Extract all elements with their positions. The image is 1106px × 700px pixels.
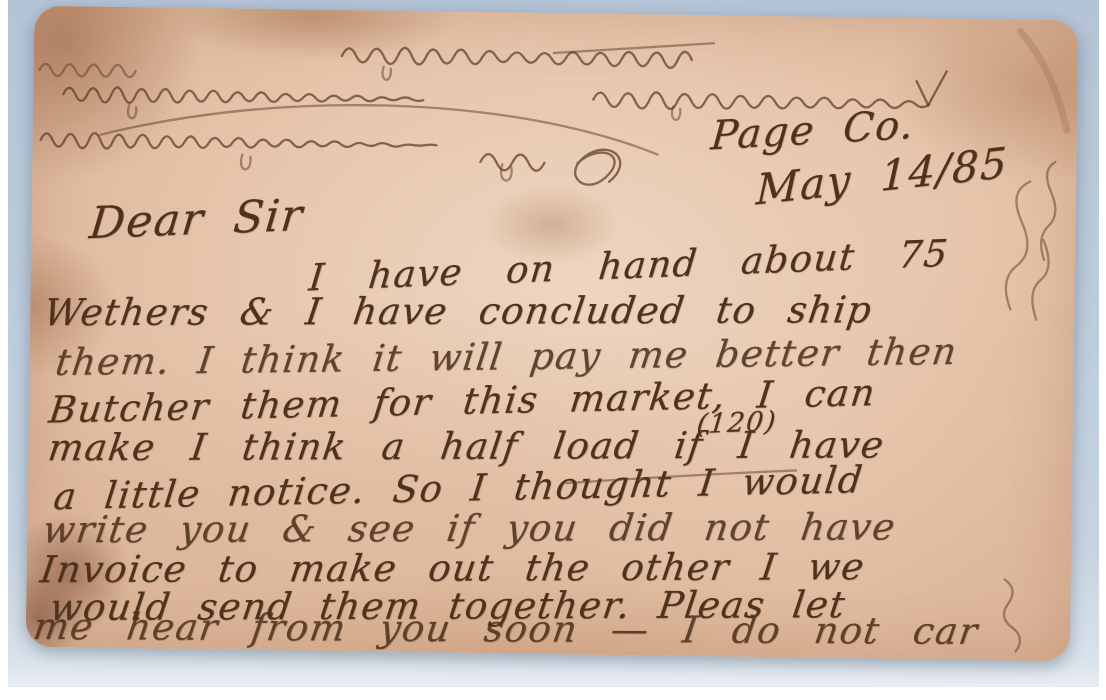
- handwritten-line-2: Wethers & I have concluded to ship: [42, 291, 875, 331]
- handwritten-line-7: write you & see if you did not have: [41, 508, 899, 548]
- salutation: Dear Sir: [87, 194, 305, 246]
- place-line: Page Co.: [709, 105, 916, 157]
- handwritten-line-8: Invoice to make out the other I we: [38, 548, 867, 588]
- photo-background: Page Co. May 14/85 Dear Sir I have on ha…: [8, 0, 1099, 687]
- postcard: Page Co. May 14/85 Dear Sir I have on ha…: [26, 6, 1079, 662]
- handwritten-line-10: me hear from you soon — I do not car: [31, 608, 981, 650]
